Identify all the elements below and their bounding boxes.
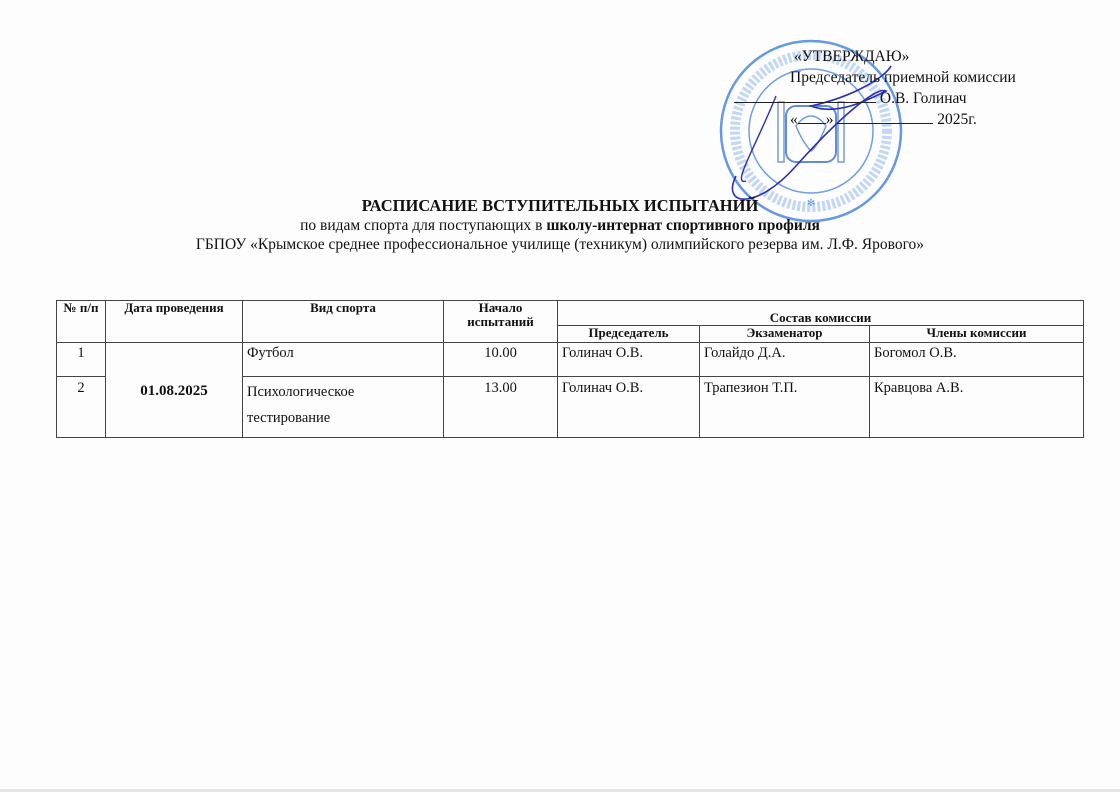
header-examiner: Экзаменатор [700,326,870,343]
institution-name: ГБПОУ «Крымское среднее профессиональное… [0,235,1120,254]
header-commission: Состав комиссии [558,301,1084,326]
row-members: Кравцова А.В. [870,377,1084,438]
row-start: 10.00 [444,343,558,377]
approval-heading: «УТВЕРЖДАЮ» [790,46,1090,67]
subtitle-prefix: по видам спорта для поступающих в [300,217,546,234]
approval-block: «УТВЕРЖДАЮ» Председатель приемной комисс… [790,46,1090,130]
approval-position: Председатель приемной комиссии [790,67,1090,88]
row-num: 2 [57,377,106,438]
document-title: РАСПИСАНИЕ ВСТУПИТЕЛЬНЫХ ИСПЫТАНИЙ [0,196,1120,216]
title-block: РАСПИСАНИЕ ВСТУПИТЕЛЬНЫХ ИСПЫТАНИЙ по ви… [0,196,1120,254]
schedule-table: № п/п Дата проведения Вид спорта Начало … [56,300,1084,438]
month-line [837,109,933,124]
document-subtitle: по видам спорта для поступающих в школу-… [0,216,1120,235]
row-chair: Голинач О.В. [558,377,700,438]
row-sport: Футбол [243,343,444,377]
row-examiner: Голайдо Д.А. [700,343,870,377]
signature-line [734,88,876,103]
row-sport: Психологическое тестирование [243,377,444,438]
row-members: Богомол О.В. [870,343,1084,377]
row-num: 1 [57,343,106,377]
approval-year: 2025г. [937,111,976,128]
approval-signatory: О.В. Голинач [880,90,967,107]
subtitle-bold: школу-интернат спортивного профиля [546,217,820,234]
header-start: Начало испытаний [444,301,558,343]
header-num: № п/п [57,301,106,343]
header-chair: Председатель [558,326,700,343]
header-date: Дата проведения [106,301,243,343]
row-start: 13.00 [444,377,558,438]
day-line [798,109,826,124]
header-sport: Вид спорта [243,301,444,343]
exam-date: 01.08.2025 [106,343,243,438]
date-close-quote: » [826,111,834,128]
table-row: 1 01.08.2025 Футбол 10.00 Голинач О.В. Г… [57,343,1084,377]
date-open-quote: « [790,111,798,128]
row-examiner: Трапезион Т.П. [700,377,870,438]
header-members: Члены комиссии [870,326,1084,343]
row-chair: Голинач О.В. [558,343,700,377]
